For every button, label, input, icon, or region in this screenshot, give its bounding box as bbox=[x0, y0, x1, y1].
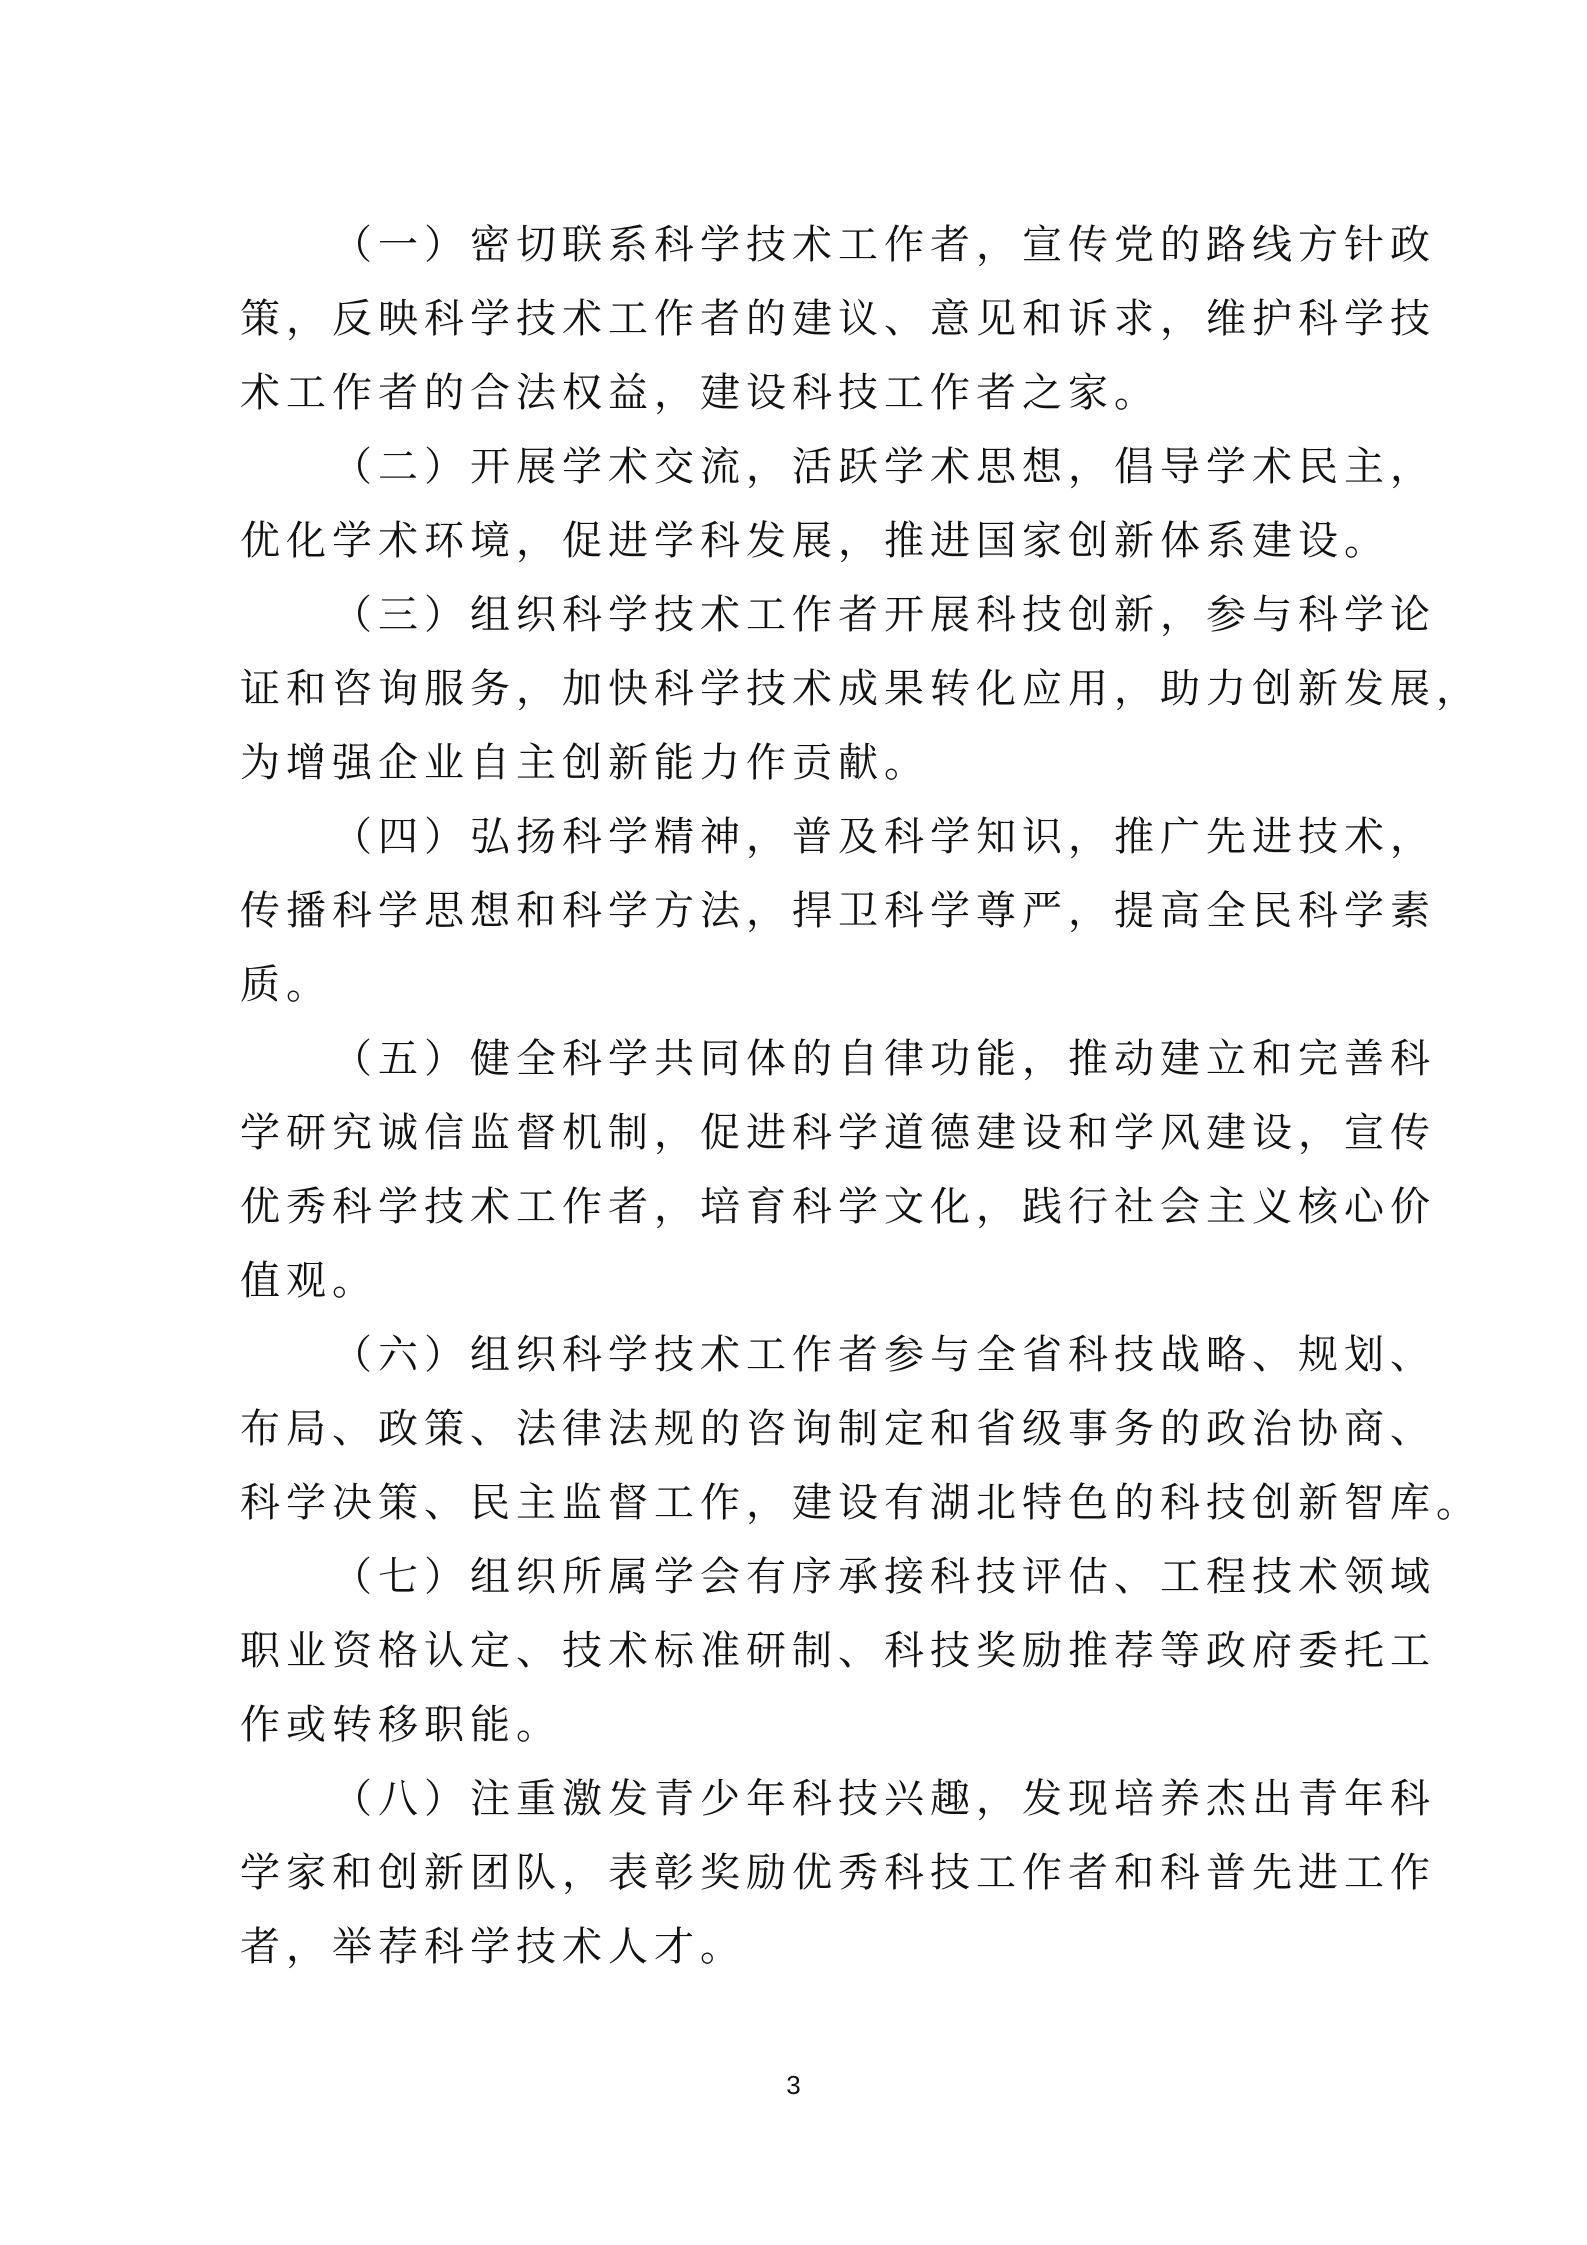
paragraph-line: （四）弘扬科学精神，普及科学知识，推广先进技术， bbox=[240, 800, 1352, 874]
paragraph-line: （一）密切联系科学技术工作者，宣传党的路线方针政 bbox=[240, 208, 1352, 282]
paragraph-line: 证和咨询服务，加快科学技术成果转化应用，助力创新发展， bbox=[240, 652, 1352, 726]
paragraph-line: 优化学术环境，促进学科发展，推进国家创新体系建设。 bbox=[240, 504, 1352, 578]
page-number: 3 bbox=[0, 2070, 1587, 2101]
paragraph-line: 传播科学思想和科学方法，捍卫科学尊严，提高全民科学素 bbox=[240, 874, 1352, 948]
paragraph-line: （三）组织科学技术工作者开展科技创新，参与科学论 bbox=[240, 578, 1352, 652]
paragraph-2: （二）开展学术交流，活跃学术思想，倡导学术民主， 优化学术环境，促进学科发展，推… bbox=[240, 430, 1352, 578]
paragraph-line: 学家和创新团队，表彰奖励优秀科技工作者和科普先进工作 bbox=[240, 1836, 1352, 1910]
paragraph-line: 学研究诚信监督机制，促进科学道德建设和学风建设，宣传 bbox=[240, 1096, 1352, 1170]
paragraph-line: 术工作者的合法权益，建设科技工作者之家。 bbox=[240, 356, 1352, 430]
paragraph-line: （七）组织所属学会有序承接科技评估、工程技术领域 bbox=[240, 1540, 1352, 1614]
paragraph-line: （八）注重激发青少年科技兴趣，发现培养杰出青年科 bbox=[240, 1762, 1352, 1836]
paragraph-line: 科学决策、民主监督工作，建设有湖北特色的科技创新智库。 bbox=[240, 1466, 1352, 1540]
paragraph-line: 值观。 bbox=[240, 1244, 1352, 1318]
paragraph-8: （八）注重激发青少年科技兴趣，发现培养杰出青年科 学家和创新团队，表彰奖励优秀科… bbox=[240, 1762, 1352, 1984]
paragraph-6: （六）组织科学技术工作者参与全省科技战略、规划、 布局、政策、法律法规的咨询制定… bbox=[240, 1318, 1352, 1540]
paragraph-line: 作或转移职能。 bbox=[240, 1688, 1352, 1762]
paragraph-line: （五）健全科学共同体的自律功能，推动建立和完善科 bbox=[240, 1022, 1352, 1096]
paragraph-line: 布局、政策、法律法规的咨询制定和省级事务的政治协商、 bbox=[240, 1392, 1352, 1466]
paragraph-5: （五）健全科学共同体的自律功能，推动建立和完善科 学研究诚信监督机制，促进科学道… bbox=[240, 1022, 1352, 1318]
paragraph-line: 为增强企业自主创新能力作贡献。 bbox=[240, 726, 1352, 800]
paragraph-line: 策，反映科学技术工作者的建议、意见和诉求，维护科学技 bbox=[240, 282, 1352, 356]
paragraph-7: （七）组织所属学会有序承接科技评估、工程技术领域 职业资格认定、技术标准研制、科… bbox=[240, 1540, 1352, 1762]
document-page: （一）密切联系科学技术工作者，宣传党的路线方针政 策，反映科学技术工作者的建议、… bbox=[0, 0, 1587, 2245]
paragraph-line: 质。 bbox=[240, 948, 1352, 1022]
paragraph-3: （三）组织科学技术工作者开展科技创新，参与科学论 证和咨询服务，加快科学技术成果… bbox=[240, 578, 1352, 800]
paragraph-line: 优秀科学技术工作者，培育科学文化，践行社会主义核心价 bbox=[240, 1170, 1352, 1244]
paragraph-line: （六）组织科学技术工作者参与全省科技战略、规划、 bbox=[240, 1318, 1352, 1392]
paragraph-line: 者，举荐科学技术人才。 bbox=[240, 1910, 1352, 1984]
paragraph-line: （二）开展学术交流，活跃学术思想，倡导学术民主， bbox=[240, 430, 1352, 504]
paragraph-1: （一）密切联系科学技术工作者，宣传党的路线方针政 策，反映科学技术工作者的建议、… bbox=[240, 208, 1352, 430]
paragraph-4: （四）弘扬科学精神，普及科学知识，推广先进技术， 传播科学思想和科学方法，捍卫科… bbox=[240, 800, 1352, 1022]
document-body: （一）密切联系科学技术工作者，宣传党的路线方针政 策，反映科学技术工作者的建议、… bbox=[240, 208, 1352, 1984]
paragraph-line: 职业资格认定、技术标准研制、科技奖励推荐等政府委托工 bbox=[240, 1614, 1352, 1688]
